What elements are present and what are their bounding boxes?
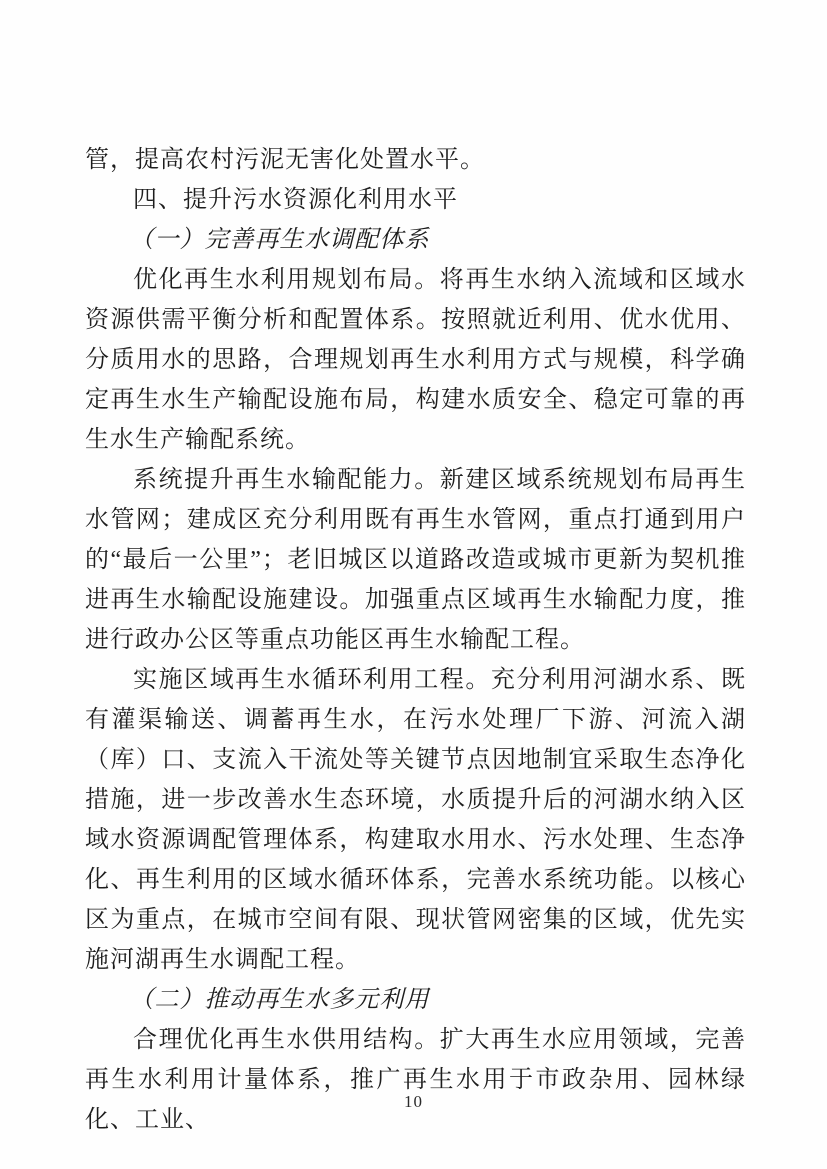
paragraph-regional-recycling: 实施区域再生水循环利用工程。充分利用河湖水系、既有灌渠输送、调蓄再生水，在污水处…	[85, 660, 746, 980]
subsection-heading-1: （一）完善再生水调配体系	[85, 220, 746, 260]
paragraph-continuation: 管，提高农村污泥无害化处置水平。	[85, 140, 746, 180]
subsection-heading-2: （二）推动再生水多元利用	[85, 980, 746, 1020]
paragraph-reuse-planning: 优化再生水利用规划布局。将再生水纳入流域和区域水资源供需平衡分析和配置体系。按照…	[85, 260, 746, 460]
paragraph-diversified-use: 合理优化再生水供用结构。扩大再生水应用领域，完善再生水利用计量体系，推广再生水用…	[85, 1020, 746, 1140]
page-number: 10	[0, 1092, 827, 1112]
section-heading: 四、提升污水资源化利用水平	[85, 180, 746, 220]
document-page: 管，提高农村污泥无害化处置水平。 四、提升污水资源化利用水平 （一）完善再生水调…	[0, 0, 827, 1169]
document-body: 管，提高农村污泥无害化处置水平。 四、提升污水资源化利用水平 （一）完善再生水调…	[85, 140, 746, 1140]
paragraph-distribution-capacity: 系统提升再生水输配能力。新建区域系统规划布局再生水管网；建成区充分利用既有再生水…	[85, 460, 746, 660]
